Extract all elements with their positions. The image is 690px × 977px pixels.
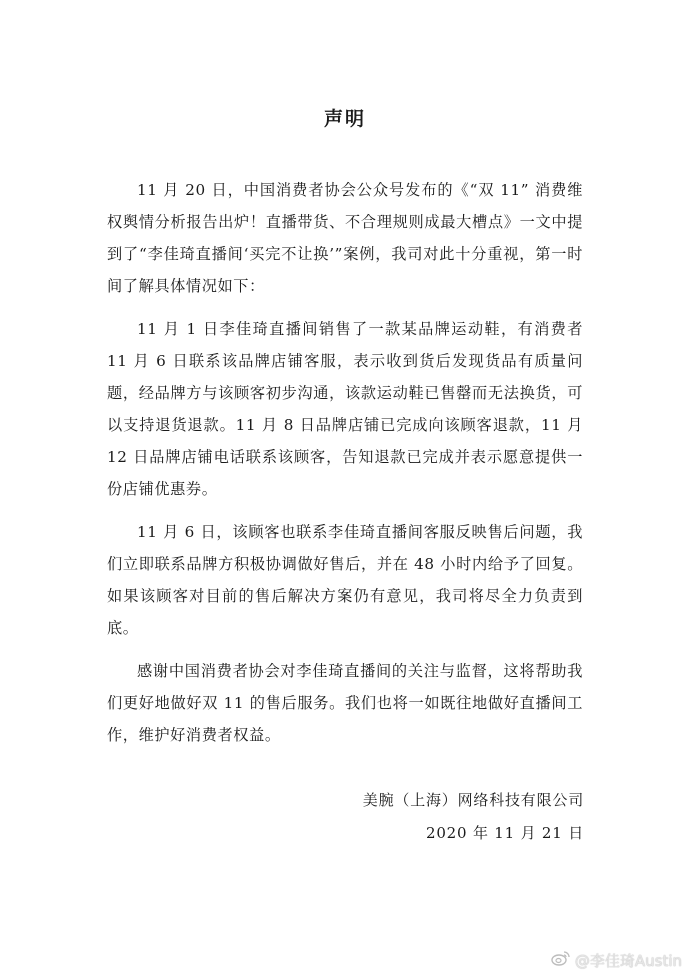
weibo-icon (551, 949, 571, 971)
document-title: 声明 (0, 104, 690, 131)
signature-date: 2020 年 11 月 21 日 (426, 822, 584, 843)
document-body: 11 月 20 日，中国消费者协会公众号发布的《“双 11” 消费维权舆情分析报… (107, 174, 583, 762)
paragraph-4: 感谢中国消费者协会对李佳琦直播间的关注与监督，这将帮助我们更好地做好双 11 的… (107, 655, 583, 751)
paragraph-3: 11 月 6 日，该顾客也联系李佳琦直播间客服反映售后问题，我们立即联系品牌方积… (107, 516, 583, 644)
watermark: @李佳琦Austin (551, 949, 682, 971)
paragraph-1: 11 月 20 日，中国消费者协会公众号发布的《“双 11” 消费维权舆情分析报… (107, 174, 583, 302)
watermark-text: @李佳琦Austin (575, 950, 682, 971)
paragraph-2: 11 月 1 日李佳琦直播间销售了一款某品牌运动鞋，有消费者 11 月 6 日联… (107, 313, 583, 505)
signature-company: 美腕（上海）网络科技有限公司 (363, 789, 584, 810)
